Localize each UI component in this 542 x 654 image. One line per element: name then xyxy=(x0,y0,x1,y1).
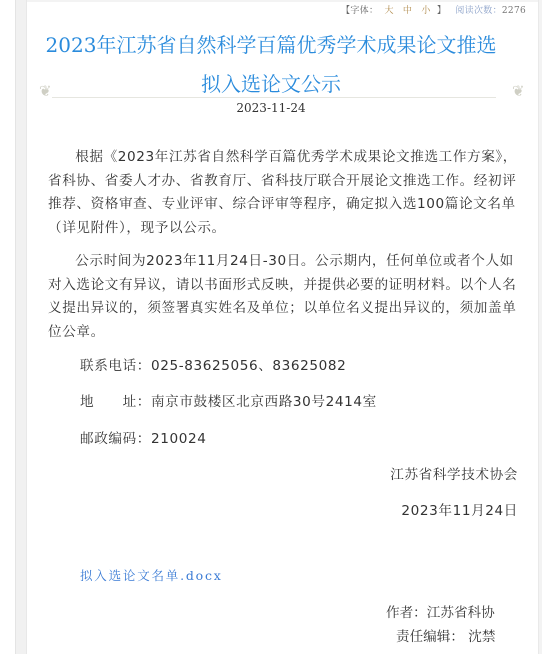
ornament-right-icon: ❦ xyxy=(512,82,525,100)
paragraph-notice: 公示时间为2023年11月24日-30日。公示期内，任何单位或者个人如对入选论文… xyxy=(48,250,518,344)
font-small-button[interactable]: 小 xyxy=(421,6,430,16)
article-toolbar: 【字体： 大 中 小 】 阅读次数：2276 xyxy=(341,3,526,16)
contact-postcode: 邮政编码：210024 xyxy=(80,427,206,447)
publish-date: 2023-11-24 xyxy=(0,101,542,115)
font-size-label: 【字体： xyxy=(341,6,378,16)
editor-line: 责任编辑： 沈禁 xyxy=(396,625,495,645)
read-count-label: 阅读次数： xyxy=(455,6,502,16)
title-divider xyxy=(52,97,496,98)
read-count-value: 2276 xyxy=(502,6,526,16)
paragraph-intro: 根据《2023年江苏省自然科学百篇优秀学术成果论文推选工作方案》，省科协、省委人… xyxy=(48,146,518,240)
article-body: 根据《2023年江苏省自然科学百篇优秀学术成果论文推选工作方案》，省科协、省委人… xyxy=(48,146,518,344)
article-page: 【字体： 大 中 小 】 阅读次数：2276 2023年江苏省自然科学百篇优秀学… xyxy=(0,0,542,654)
top-border xyxy=(27,0,538,2)
author-line: 作者：江苏省科协 xyxy=(386,601,495,621)
signature-date: 2023年11月24日 xyxy=(401,499,518,519)
attachment-link[interactable]: 拟入选论文名单.docx xyxy=(80,566,223,584)
contact-phone: 联系电话：025-83625056、83625082 xyxy=(80,354,346,374)
left-page-border xyxy=(15,0,27,654)
right-page-border xyxy=(538,0,542,654)
signature-org: 江苏省科学技术协会 xyxy=(390,463,518,483)
article-title: 2023年江苏省自然科学百篇优秀学术成果论文推选拟入选论文公示 xyxy=(40,26,502,104)
contact-address: 地 址：南京市鼓楼区北京西路30号2414室 xyxy=(80,390,377,410)
font-large-button[interactable]: 大 xyxy=(384,6,393,16)
font-size-close: 】 xyxy=(437,6,446,16)
ornament-left-icon: ❦ xyxy=(39,82,52,100)
font-medium-button[interactable]: 中 xyxy=(403,6,412,16)
